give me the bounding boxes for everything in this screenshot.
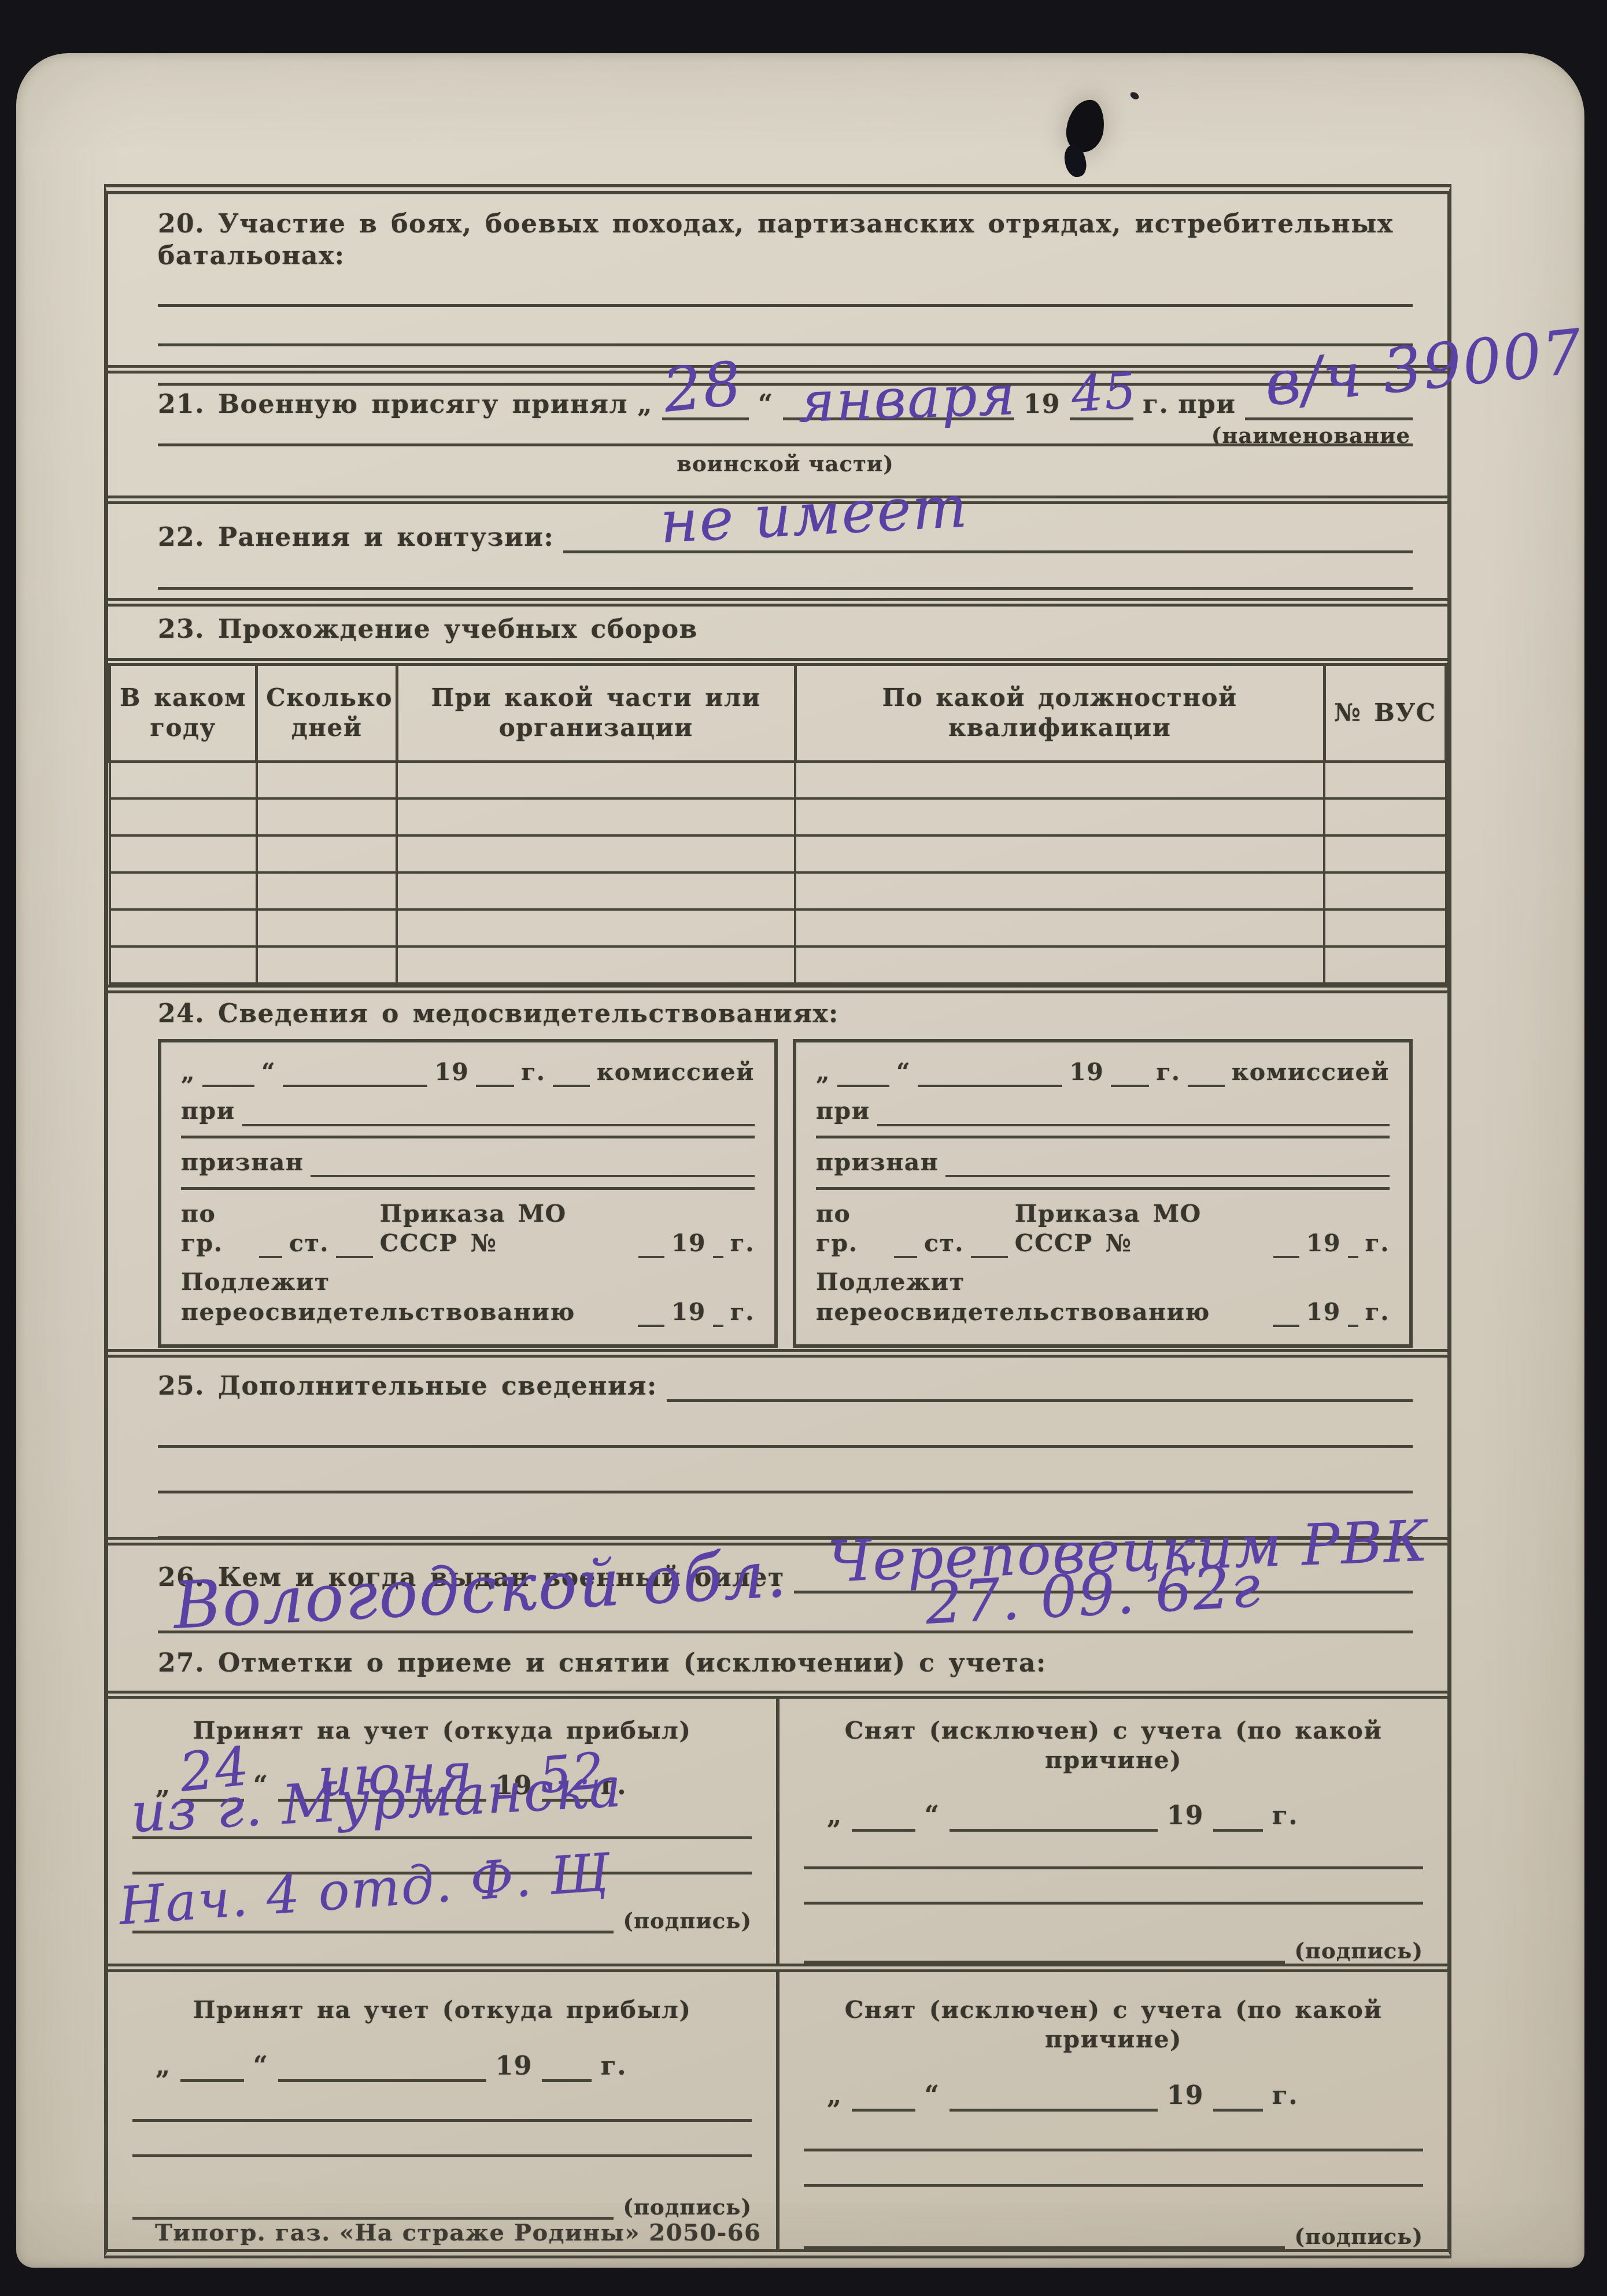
removed-cell-1: Снят (исключен) с учета (по какой причин…	[778, 1695, 1447, 1968]
signature-field	[804, 2219, 1285, 2249]
rem-day-field	[852, 2081, 915, 2112]
col-header-vus: № ВУС	[1324, 662, 1446, 761]
table-row	[110, 761, 1446, 798]
wounds-field: не имеет	[563, 523, 1413, 553]
blank-line	[158, 343, 1413, 346]
blank-line	[181, 1136, 755, 1138]
med-at-field	[877, 1100, 1390, 1126]
signature-caption: (подпись)	[623, 1908, 752, 1933]
med-article-field	[336, 1232, 373, 1258]
oath-unit-field: в/ч 39007 (наименование	[1245, 390, 1413, 420]
blank-line	[816, 1187, 1390, 1190]
reg-from-line: из г. Мурманска	[132, 1836, 752, 1839]
recognized-label: признан	[816, 1148, 939, 1177]
section-25-label: 25. Дополнительные сведения:	[158, 1370, 657, 1402]
handwritten-wounds: не имеет	[659, 478, 970, 552]
recognized-label: признан	[181, 1148, 304, 1177]
section-20-title: 20. Участие в боях, боевых походах, парт…	[158, 208, 1413, 272]
issuer-field-line2: Вологодской обл. 27. 09. 62г	[158, 1631, 1413, 1633]
med-year-field	[1111, 1060, 1149, 1087]
section-23-title: 23. Прохождение учебных сборов	[108, 613, 1447, 645]
rem-day-field	[852, 1802, 915, 1832]
section-20-combat-participation: 20. Участие в боях, боевых походах, парт…	[108, 194, 1447, 374]
med-order-year-field	[713, 1232, 723, 1258]
oath-day-field: 28	[662, 390, 749, 420]
blank-line	[804, 1866, 1423, 1869]
blank-line	[158, 587, 1413, 590]
medical-panel-right: „ “ 19 г. комиссией при признан	[793, 1039, 1413, 1348]
med-order-number-field	[1273, 1232, 1299, 1258]
handwritten-issue-date: 27. 09. 62г	[924, 1558, 1263, 1633]
commission-label: комиссией	[1232, 1058, 1390, 1087]
section-27-title: 27. Отметки о приеме и снятии (исключени…	[108, 1647, 1447, 1679]
blank-line	[816, 1136, 1390, 1138]
signature-field	[804, 1933, 1285, 1964]
med-day-field	[837, 1060, 889, 1087]
table-row	[110, 835, 1446, 872]
removed-header: Снят (исключен) с учета (по какой причин…	[804, 1995, 1423, 2055]
section-24-medical-examinations: 24. Сведения о медосвидетельствованиях: …	[108, 993, 1447, 1358]
order-label: Приказа МО СССР №	[1015, 1199, 1267, 1259]
table-row	[110, 798, 1446, 835]
section-20-number: 20.	[158, 209, 205, 239]
registered-cell-2: Принят на учет (откуда прибыл) „ “ 19 г.	[108, 1968, 778, 2249]
med-article-field	[971, 1232, 1008, 1258]
col-header-unit: При какой части или организации	[397, 662, 795, 761]
signature-caption: (подпись)	[623, 2194, 752, 2220]
oath-month-field: января	[783, 390, 1014, 420]
blank-line	[804, 2149, 1423, 2151]
col-header-year: В каком году	[110, 662, 257, 761]
rem-year-field	[1213, 2081, 1263, 2112]
rem-month-field	[950, 1802, 1158, 1832]
at-label: при	[181, 1096, 235, 1126]
med-group-field	[894, 1232, 917, 1258]
blank-line	[132, 2154, 752, 2157]
blank-line	[132, 2119, 752, 2122]
close-quote: “	[758, 389, 774, 420]
med-year-field	[476, 1060, 514, 1087]
open-quote: „	[637, 389, 653, 420]
section-27-registration-marks: 27. Отметки о приеме и снятии (исключени…	[108, 1639, 1447, 2249]
reg-day-field	[180, 2052, 244, 2082]
section-26-ticket-issuer: 26. Кем и когда выдан военный билет Чере…	[108, 1546, 1447, 1639]
signature-caption: (подпись)	[1294, 2224, 1423, 2249]
section-22-wounds: 22. Ранения и контузии: не имеет	[108, 504, 1447, 607]
reexamination-label: Подлежит переосвидетельствованию	[816, 1267, 1266, 1327]
handwritten-oath-month: января	[797, 367, 1017, 430]
reexamination-label: Подлежит переосвидетельствованию	[181, 1267, 631, 1327]
order-label: Приказа МО СССР №	[380, 1199, 632, 1259]
section-23-training-camps: 23. Прохождение учебных сборов В каком г…	[108, 607, 1447, 993]
handwritten-oath-day: 28	[660, 353, 745, 421]
unit-caption-line2: воинской части)	[158, 451, 1413, 476]
section-24-title: 24. Сведения о медосвидетельствованиях:	[158, 998, 1413, 1030]
med-group-field	[259, 1232, 282, 1258]
med-recognized-field	[311, 1151, 755, 1177]
med-reexam-field	[1273, 1300, 1299, 1327]
reg-month-field	[278, 2052, 486, 2082]
med-day-field	[202, 1060, 254, 1087]
med-reexam-year-field	[713, 1300, 723, 1327]
med-order-year-field	[1348, 1232, 1358, 1258]
at-label: при	[1178, 389, 1236, 420]
handwritten-signature: Нач. 4 отд. Ф. Щ	[117, 1847, 612, 1933]
blank-line	[158, 304, 1413, 307]
table-row	[110, 872, 1446, 909]
removed-header: Снят (исключен) с учета (по какой причин…	[804, 1716, 1423, 1776]
table-row	[110, 947, 1446, 984]
rem-year-field	[1213, 1802, 1263, 1832]
registration-table: Принят на учет (откуда прибыл) „ 24 “ ию…	[108, 1691, 1447, 2249]
signature-caption: (подпись)	[1294, 1938, 1423, 1964]
additional-info-field	[667, 1372, 1413, 1402]
col-header-days: Сколько дней	[257, 662, 397, 761]
blank-line	[181, 1187, 755, 1190]
section-21-label: 21. Военную присягу принял	[158, 389, 628, 420]
removed-cell-2: Снят (исключен) с учета (по какой причин…	[778, 1968, 1447, 2249]
med-month-field	[918, 1060, 1062, 1087]
commission-label: комиссией	[597, 1058, 755, 1087]
med-recognized-field	[945, 1151, 1390, 1177]
med-month-field	[283, 1060, 427, 1087]
registered-cell-1: Принят на учет (откуда прибыл) „ 24 “ ию…	[108, 1695, 778, 1968]
table-row	[110, 909, 1446, 947]
blank-line	[804, 1902, 1423, 1905]
signature-field: Нач. 4 отд. Ф. Щ	[132, 1903, 614, 1933]
registered-header: Принят на учет (откуда прибыл)	[132, 1995, 752, 2025]
blank-line	[804, 2184, 1423, 2187]
med-commission-field	[553, 1060, 590, 1087]
year-suffix: г.	[1143, 389, 1169, 420]
blank-line	[158, 443, 1413, 446]
med-commission-field	[1188, 1060, 1225, 1087]
signature-field	[132, 2190, 614, 2220]
med-reexam-year-field	[1348, 1300, 1358, 1327]
oath-year-field: 45	[1070, 390, 1133, 420]
rem-month-field	[950, 2081, 1158, 2112]
handwritten-issuer-region: Вологодской обл.	[172, 1542, 789, 1639]
medical-panel-left: „ “ 19 г. комиссией при признан	[158, 1039, 778, 1348]
print-shop-imprint: Типогр. газ. «На страже Родины» 2050-66	[155, 2219, 761, 2246]
form-border: 20. Участие в боях, боевых походах, парт…	[104, 184, 1451, 2258]
col-header-qualification: По какой должностной квалификации	[795, 662, 1324, 761]
blank-line	[158, 1491, 1413, 1493]
at-label: при	[816, 1096, 870, 1126]
med-order-number-field	[638, 1232, 664, 1258]
blank-line	[158, 1445, 1413, 1448]
year-prefix: 19	[1024, 389, 1061, 420]
med-at-field	[242, 1100, 755, 1126]
section-20-label: Участие в боях, боевых походах, партизан…	[158, 209, 1394, 271]
handwritten-oath-year: 45	[1070, 365, 1139, 420]
reg-year-field	[542, 2052, 592, 2082]
med-reexam-field	[638, 1300, 664, 1327]
training-camps-table: В каком году Сколько дней При какой част…	[108, 658, 1447, 985]
section-22-label: 22. Ранения и контузии:	[158, 522, 554, 553]
scanned-military-form-page: { "colors":{"paper":"#d5cec0","ink":"#38…	[0, 0, 1607, 2296]
